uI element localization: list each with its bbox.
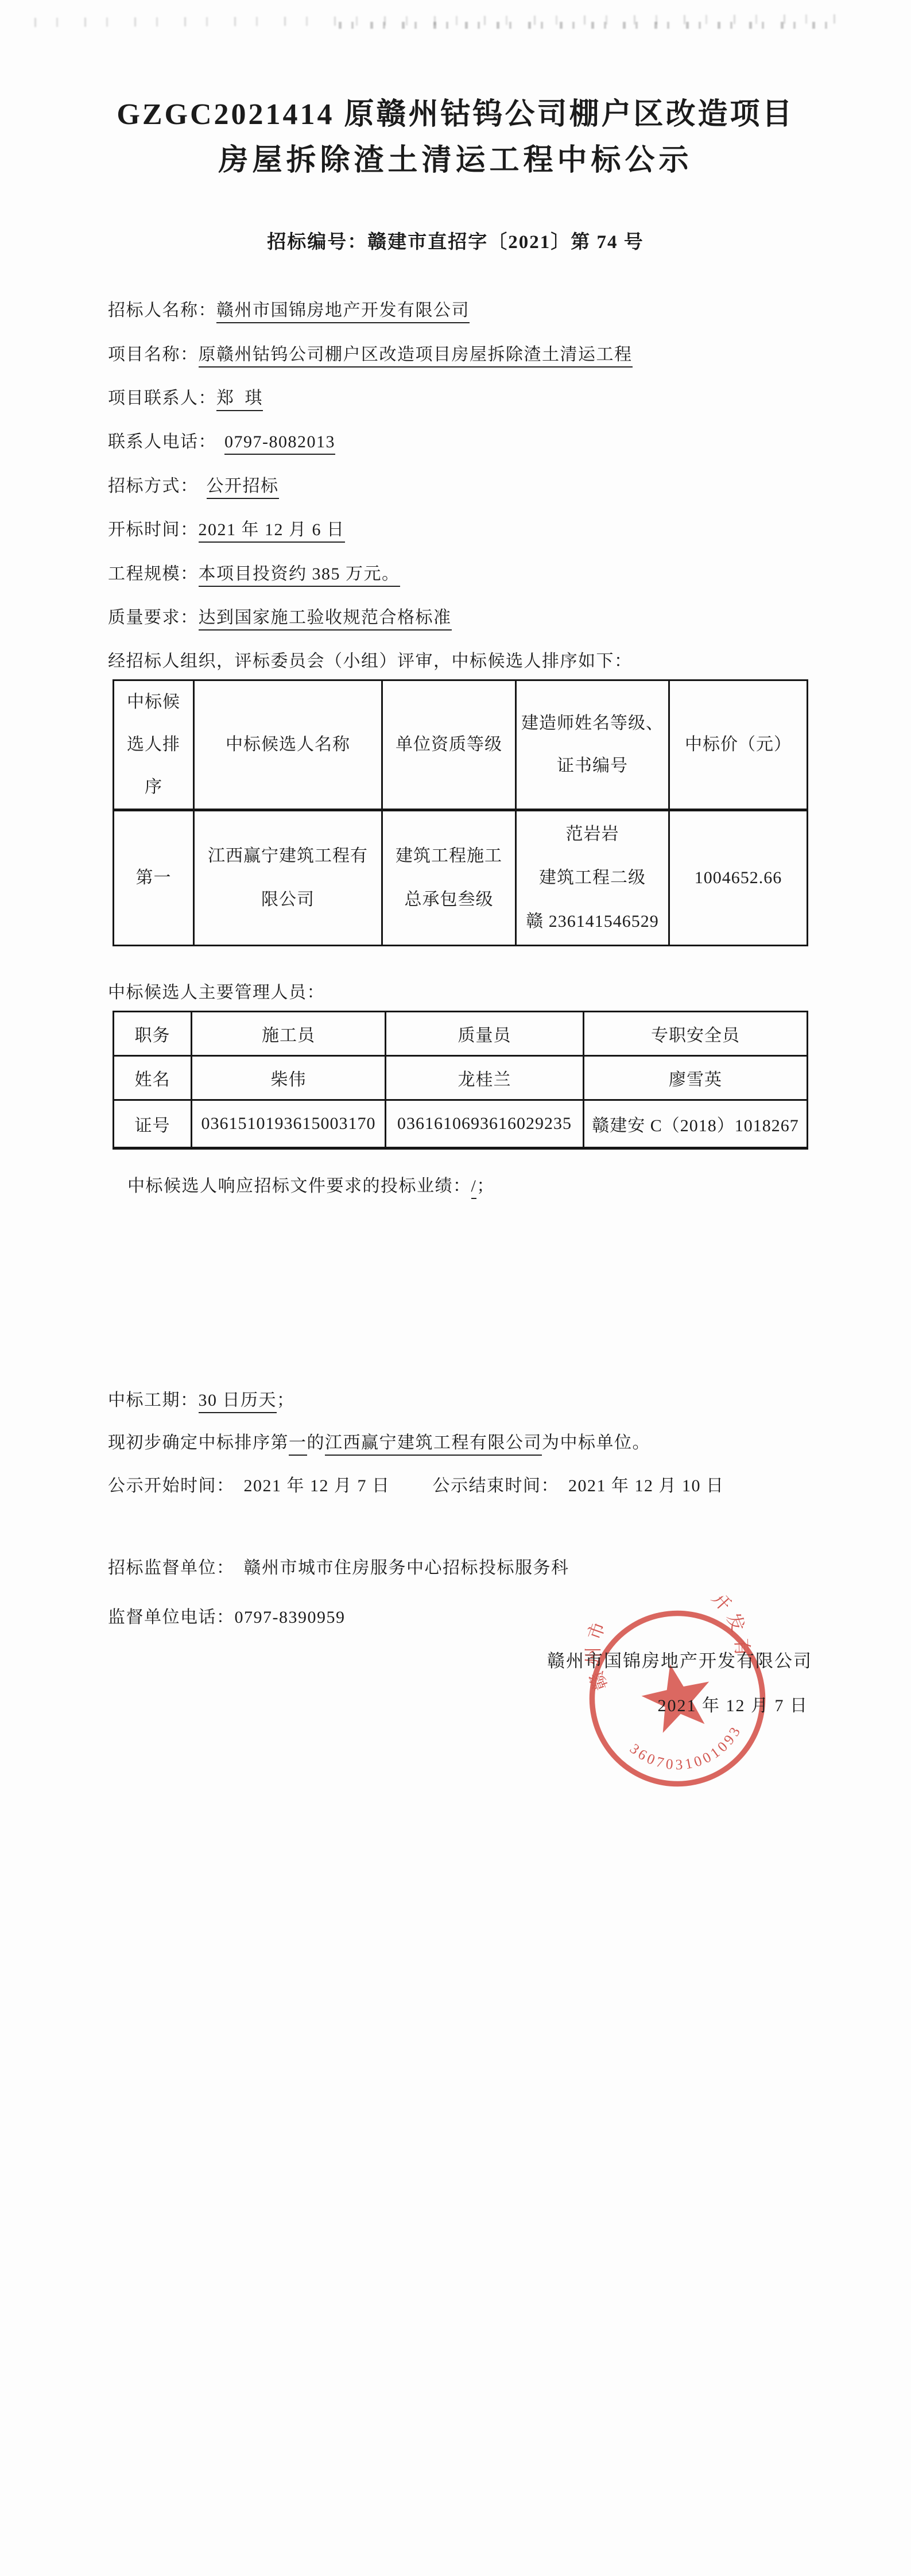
supervisor-value: 赣州市城市住房服务中心招标投标服务科 <box>244 1558 569 1577</box>
supervisor-label: 招标监督单位： <box>108 1558 235 1577</box>
document-page: GZGC2021414 原赣州钴钨公司棚户区改造项目 房屋拆除渣土清运工程中标公… <box>0 0 911 2576</box>
field-value: 原赣州钴钨公司棚户区改造项目房屋拆除渣土清运工程 <box>199 345 633 368</box>
field-label: 招标方式： <box>108 477 199 496</box>
scan-noise-band-2 <box>339 22 838 29</box>
seal-arc-text: 赣州市国锦房地产开发有限公司 <box>570 1591 757 1700</box>
field-value: 赣州市国锦房地产开发有限公司 <box>216 301 470 323</box>
phone-label: 监督单位电话： <box>108 1608 235 1627</box>
role-label: 职务 <box>114 1012 192 1056</box>
rank-cell: 第一 <box>114 810 194 946</box>
phone-value: 0797-8390959 <box>235 1608 346 1627</box>
qualification-cell: 建筑工程施工总承包叁级 <box>382 810 516 946</box>
signature-company: 赣州市国锦房地产开发有限公司 <box>547 1646 812 1672</box>
name-safety: 廖雪英 <box>584 1056 808 1100</box>
performance-value: / <box>471 1177 477 1199</box>
publicity-end-value: 2021 年 12 月 10 日 <box>568 1476 724 1495</box>
role-builder: 施工员 <box>192 1012 386 1056</box>
duration-suffix: ； <box>277 1391 295 1410</box>
field-label: 项目联系人： <box>108 389 216 408</box>
header-name: 中标候选人名称 <box>194 680 382 810</box>
field-value: 达到国家施工验收规范合格标准 <box>199 608 452 631</box>
management-heading: 中标候选人主要管理人员： <box>108 978 325 1003</box>
field-phone: 联系人电话：0797-8082013 <box>108 427 335 452</box>
duration-value: 30 日历天 <box>199 1391 277 1413</box>
field-value: 本项目投资约 385 万元。 <box>199 564 400 587</box>
field-quality: 质量要求：达到国家施工验收规范合格标准 <box>108 603 452 628</box>
field-project: 项目名称：原赣州钴钨公司棚户区改造项目房屋拆除渣土清运工程 <box>108 340 633 365</box>
field-scale: 工程规模：本项目投资约 385 万元。 <box>108 559 400 585</box>
header-builder: 建造师姓名等级、证书编号 <box>516 680 669 810</box>
publicity-end-label: 公示结束时间： <box>433 1476 560 1495</box>
header-qualification: 单位资质等级 <box>382 680 516 810</box>
performance-label: 中标候选人响应招标文件要求的投标业绩： <box>127 1177 471 1196</box>
field-value: 郑 琪 <box>216 389 263 411</box>
management-row-name: 姓名 柴伟 龙桂兰 廖雪英 <box>114 1056 808 1100</box>
field-contact: 项目联系人：郑 琪 <box>108 384 263 409</box>
field-label: 项目名称： <box>108 345 199 364</box>
duration-label: 中标工期： <box>108 1391 199 1410</box>
field-label: 质量要求： <box>108 608 199 627</box>
name-label: 姓名 <box>114 1056 192 1100</box>
role-quality: 质量员 <box>386 1012 584 1056</box>
builder-grade: 建筑工程二级 <box>521 856 664 900</box>
cert-builder: 0361510193615003170 <box>192 1100 386 1148</box>
candidate-table-data-row: 第一 江西赢宁建筑工程有限公司 建筑工程施工总承包叁级 范岩岩 建筑工程二级 赣… <box>114 810 808 946</box>
title-line-1: GZGC2021414 原赣州钴钨公司棚户区改造项目 <box>0 90 911 133</box>
confirm-suffix: 为中标单位。 <box>542 1433 650 1452</box>
performance-note: 中标候选人响应招标文件要求的投标业绩：/； <box>127 1171 495 1197</box>
candidate-table-header-row: 中标候选人排序 中标候选人名称 单位资质等级 建造师姓名等级、证书编号 中标价（… <box>114 680 808 810</box>
publicity-line: 公示开始时间：2021 年 12 月 7 日公示结束时间：2021 年 12 月… <box>108 1471 724 1496</box>
field-open-time: 开标时间：2021 年 12 月 6 日 <box>108 515 345 540</box>
confirm-rank: 一 <box>289 1433 307 1456</box>
builder-name: 范岩岩 <box>521 813 664 856</box>
name-cell: 江西赢宁建筑工程有限公司 <box>194 810 382 946</box>
cert-safety: 赣建安 C（2018）1018267 <box>584 1100 808 1148</box>
header-price: 中标价（元） <box>669 680 808 810</box>
price-cell: 1004652.66 <box>669 810 808 946</box>
management-row-cert: 证号 0361510193615003170 03616106936160292… <box>114 1100 808 1148</box>
field-tenderer: 招标人名称：赣州市国锦房地产开发有限公司 <box>108 296 470 321</box>
header-rank: 中标候选人排序 <box>114 680 194 810</box>
evaluation-note: 经招标人组织，评标委员会（小组）评审，中标候选人排序如下： <box>108 647 633 672</box>
builder-cert-no: 赣 236141546529 <box>521 900 664 943</box>
confirmation-line: 现初步确定中标排序第一的江西赢宁建筑工程有限公司为中标单位。 <box>108 1428 650 1453</box>
signature-date: 2021 年 12 月 7 日 <box>658 1691 809 1716</box>
field-method: 招标方式：公开招标 <box>108 471 279 497</box>
field-label: 联系人电话： <box>108 432 216 451</box>
management-table: 职务 施工员 质量员 专职安全员 姓名 柴伟 龙桂兰 廖雪英 证号 036151… <box>113 1011 808 1150</box>
candidate-table: 中标候选人排序 中标候选人名称 单位资质等级 建造师姓名等级、证书编号 中标价（… <box>113 679 808 946</box>
field-value: 公开招标 <box>207 477 279 499</box>
duration-line: 中标工期：30 日历天； <box>108 1386 295 1411</box>
cert-quality: 0361610693616029235 <box>386 1100 584 1148</box>
field-label: 工程规模： <box>108 564 199 583</box>
publicity-start-value: 2021 年 12 月 7 日 <box>244 1476 390 1495</box>
field-value: 2021 年 12 月 6 日 <box>199 520 345 543</box>
bid-number: 招标编号：赣建市直招字〔2021〕第 74 号 <box>0 227 911 254</box>
name-builder: 柴伟 <box>192 1056 386 1100</box>
publicity-start-label: 公示开始时间： <box>108 1476 235 1495</box>
phone-line: 监督单位电话：0797-8390959 <box>108 1603 346 1628</box>
cert-label: 证号 <box>114 1100 192 1148</box>
name-quality: 龙桂兰 <box>386 1056 584 1100</box>
field-value: 0797-8082013 <box>224 432 335 455</box>
confirm-mid: 的 <box>307 1433 325 1452</box>
performance-suffix: ； <box>476 1177 495 1196</box>
management-row-role: 职务 施工员 质量员 专职安全员 <box>114 1012 808 1056</box>
supervisor-line: 招标监督单位：赣州市城市住房服务中心招标投标服务科 <box>108 1553 569 1579</box>
title-line-2: 房屋拆除渣土清运工程中标公示 <box>0 136 911 179</box>
builder-cell: 范岩岩 建筑工程二级 赣 236141546529 <box>516 810 669 946</box>
field-label: 开标时间： <box>108 520 199 539</box>
field-label: 招标人名称： <box>108 301 216 320</box>
confirm-company: 江西赢宁建筑工程有限公司 <box>325 1433 542 1456</box>
confirm-prefix: 现初步确定中标排序第 <box>108 1433 289 1452</box>
role-safety: 专职安全员 <box>584 1012 808 1056</box>
